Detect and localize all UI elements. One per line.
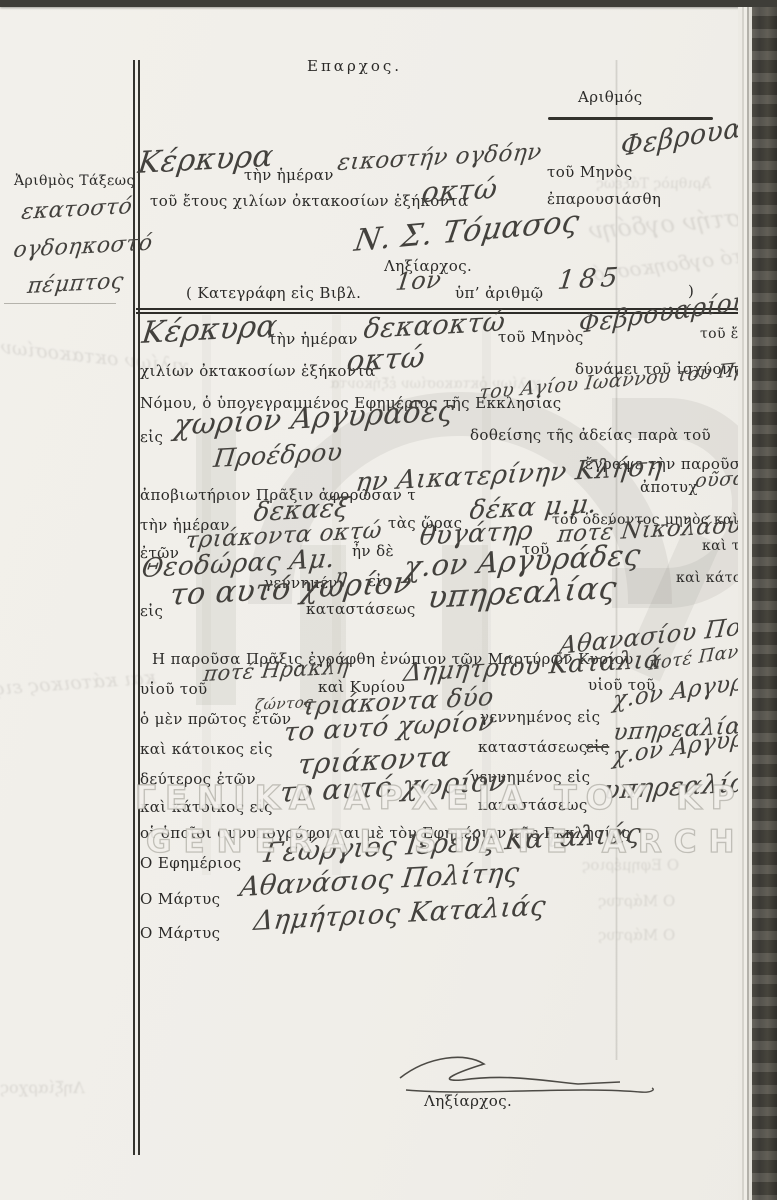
page-edge <box>738 7 752 1200</box>
handwritten-place: Κέρκυρα <box>140 309 280 351</box>
registrar-label-bottom: Ληξίαρχος. <box>424 1092 512 1110</box>
margin-divider-line <box>4 303 116 304</box>
printed-text: γεννημένος εἰς <box>480 708 600 726</box>
handwritten-order-number: εκατοστό <box>20 194 134 225</box>
book-binding-edge <box>752 7 777 1200</box>
eparchos-label: Επαρχος. <box>307 57 402 75</box>
archive-watermark-english: GENERAL STATE ARCHIVES <box>146 824 777 860</box>
printed-text: καὶ κάτοικος εἰς <box>140 740 273 758</box>
scan-top-edge <box>0 0 777 7</box>
handwritten-day: εικοστήν ογδόην <box>336 139 543 176</box>
printed-text: καταστάσεως <box>478 738 588 756</box>
printed-text: χιλίων ὀκτακοσίων ἑξήκοντα <box>140 362 376 380</box>
printed-text: εἰς <box>140 602 163 620</box>
ghost-text: Ληξίαρχος <box>0 1078 85 1097</box>
printed-text: ὁ μὲν πρῶτος ἐτῶν <box>140 710 291 728</box>
arithmos-label: Αριθμός <box>578 88 643 106</box>
arithmos-underline <box>548 117 713 120</box>
ghost-text: Ο Μάρτυς <box>598 926 675 944</box>
form-vertical-rule <box>133 60 140 1155</box>
handwritten-year: οκτώ <box>345 340 427 378</box>
printed-text: ἦν δὲ <box>352 542 394 560</box>
handwritten-year: οκτώ <box>420 172 500 209</box>
printed-text: ὑπ’ ἀριθμῷ <box>455 284 543 302</box>
handwritten-record-number: 185 <box>556 262 624 296</box>
printed-text: ( Κατεγράφη εἰς Βιβλ. <box>186 284 361 302</box>
archival-death-record-page: Ἀριθμὸς Τάξεως εικοστήν ογδόην εκατοστό … <box>0 0 777 1200</box>
registrar-signature: Ν. Σ. Τόμασος <box>352 204 582 259</box>
witness-label: Ο Μάρτυς <box>140 890 220 908</box>
handwritten-church: του Αγίου Ιωάννου του Προδρόμου <box>478 351 777 404</box>
printed-text: τοῦ Μηνὸς <box>547 163 633 181</box>
ghost-text: Ο Μάρτυς <box>598 892 675 910</box>
printed-text: υἱοῦ τοῦ <box>140 680 208 698</box>
archive-watermark-greek: ΓΕΝΙΚΑ ΑΡΧΕΙΑ ΤΟΥ ΚΡΑΤΟΥΣ <box>135 778 777 817</box>
printed-text: τὴν ἡμέραν <box>244 166 334 184</box>
handwritten-order-number: πέμπτος <box>26 269 125 299</box>
printed-text: τοῦ Μηνὸς <box>498 328 584 346</box>
printed-text: τὴν ἡμέραν <box>268 330 358 348</box>
handwritten-book-number: 1ον <box>394 265 443 296</box>
printed-text: δοθείσης τῆς ἀδείας παρὰ τοῦ <box>470 426 711 444</box>
printed-text: ἀποτυχ <box>640 478 698 496</box>
printed-text: καταστάσεως <box>306 600 416 618</box>
printed-text: εἰς <box>140 428 163 446</box>
witness-label: Ο Μάρτυς <box>140 924 220 942</box>
printed-text-struck: εἰς <box>586 738 609 756</box>
order-number-label: Ἀριθμὸς Τάξεως <box>14 173 135 189</box>
